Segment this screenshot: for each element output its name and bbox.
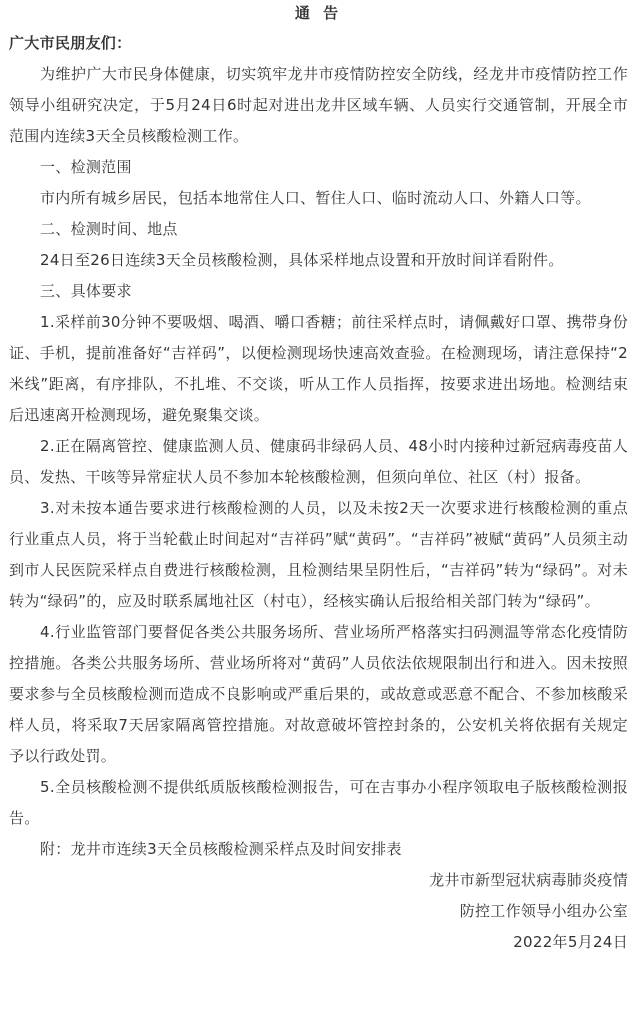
section-heading-requirements: 三、具体要求 (9, 276, 628, 307)
requirement-item-4: 4.行业监管部门要督促各类公共服务场所、营业场所严格落实扫码测温等常态化疫情防控… (9, 617, 628, 772)
requirement-item-3: 3.对未按本通告要求进行核酸检测的人员，以及未按2天一次要求进行核酸检测的重点行… (9, 493, 628, 617)
section-body-scope: 市内所有城乡居民，包括本地常住人口、暂住人口、临时流动人口、外籍人口等。 (9, 183, 628, 214)
requirement-item-5: 5.全员核酸检测不提供纸质版核酸检测报告，可在吉事办小程序领取电子版核酸检测报告… (9, 772, 628, 834)
requirement-item-2: 2.正在隔离管控、健康监测人员、健康码非绿码人员、48小时内接种过新冠病毒疫苗人… (9, 431, 628, 493)
requirement-item-1: 1.采样前30分钟不要吸烟、喝酒、嚼口香糖；前往采样点时，请佩戴好口罩、携带身份… (9, 307, 628, 431)
section-heading-time-place: 二、检测时间、地点 (9, 214, 628, 245)
section-heading-scope: 一、检测范围 (9, 152, 628, 183)
notice-document: 通 告 广大市民朋友们： 为维护广大市民身体健康，切实筑牢龙井市疫情防控安全防线… (0, 0, 637, 958)
attachment-note: 附：龙井市连续3天全员核酸检测采样点及时间安排表 (9, 834, 628, 865)
signature-org-line2: 防控工作领导小组办公室 (9, 896, 628, 927)
section-body-time-place: 24日至26日连续3天全员核酸检测，具体采样地点设置和开放时间详看附件。 (9, 245, 628, 276)
notice-title: 通 告 (9, 0, 628, 28)
intro-paragraph: 为维护广大市民身体健康，切实筑牢龙井市疫情防控安全防线，经龙井市疫情防控工作领导… (9, 59, 628, 152)
signature-org-line1: 龙井市新型冠状病毒肺炎疫情 (9, 865, 628, 896)
greeting: 广大市民朋友们： (9, 28, 628, 59)
signature-date: 2022年5月24日 (9, 927, 628, 958)
